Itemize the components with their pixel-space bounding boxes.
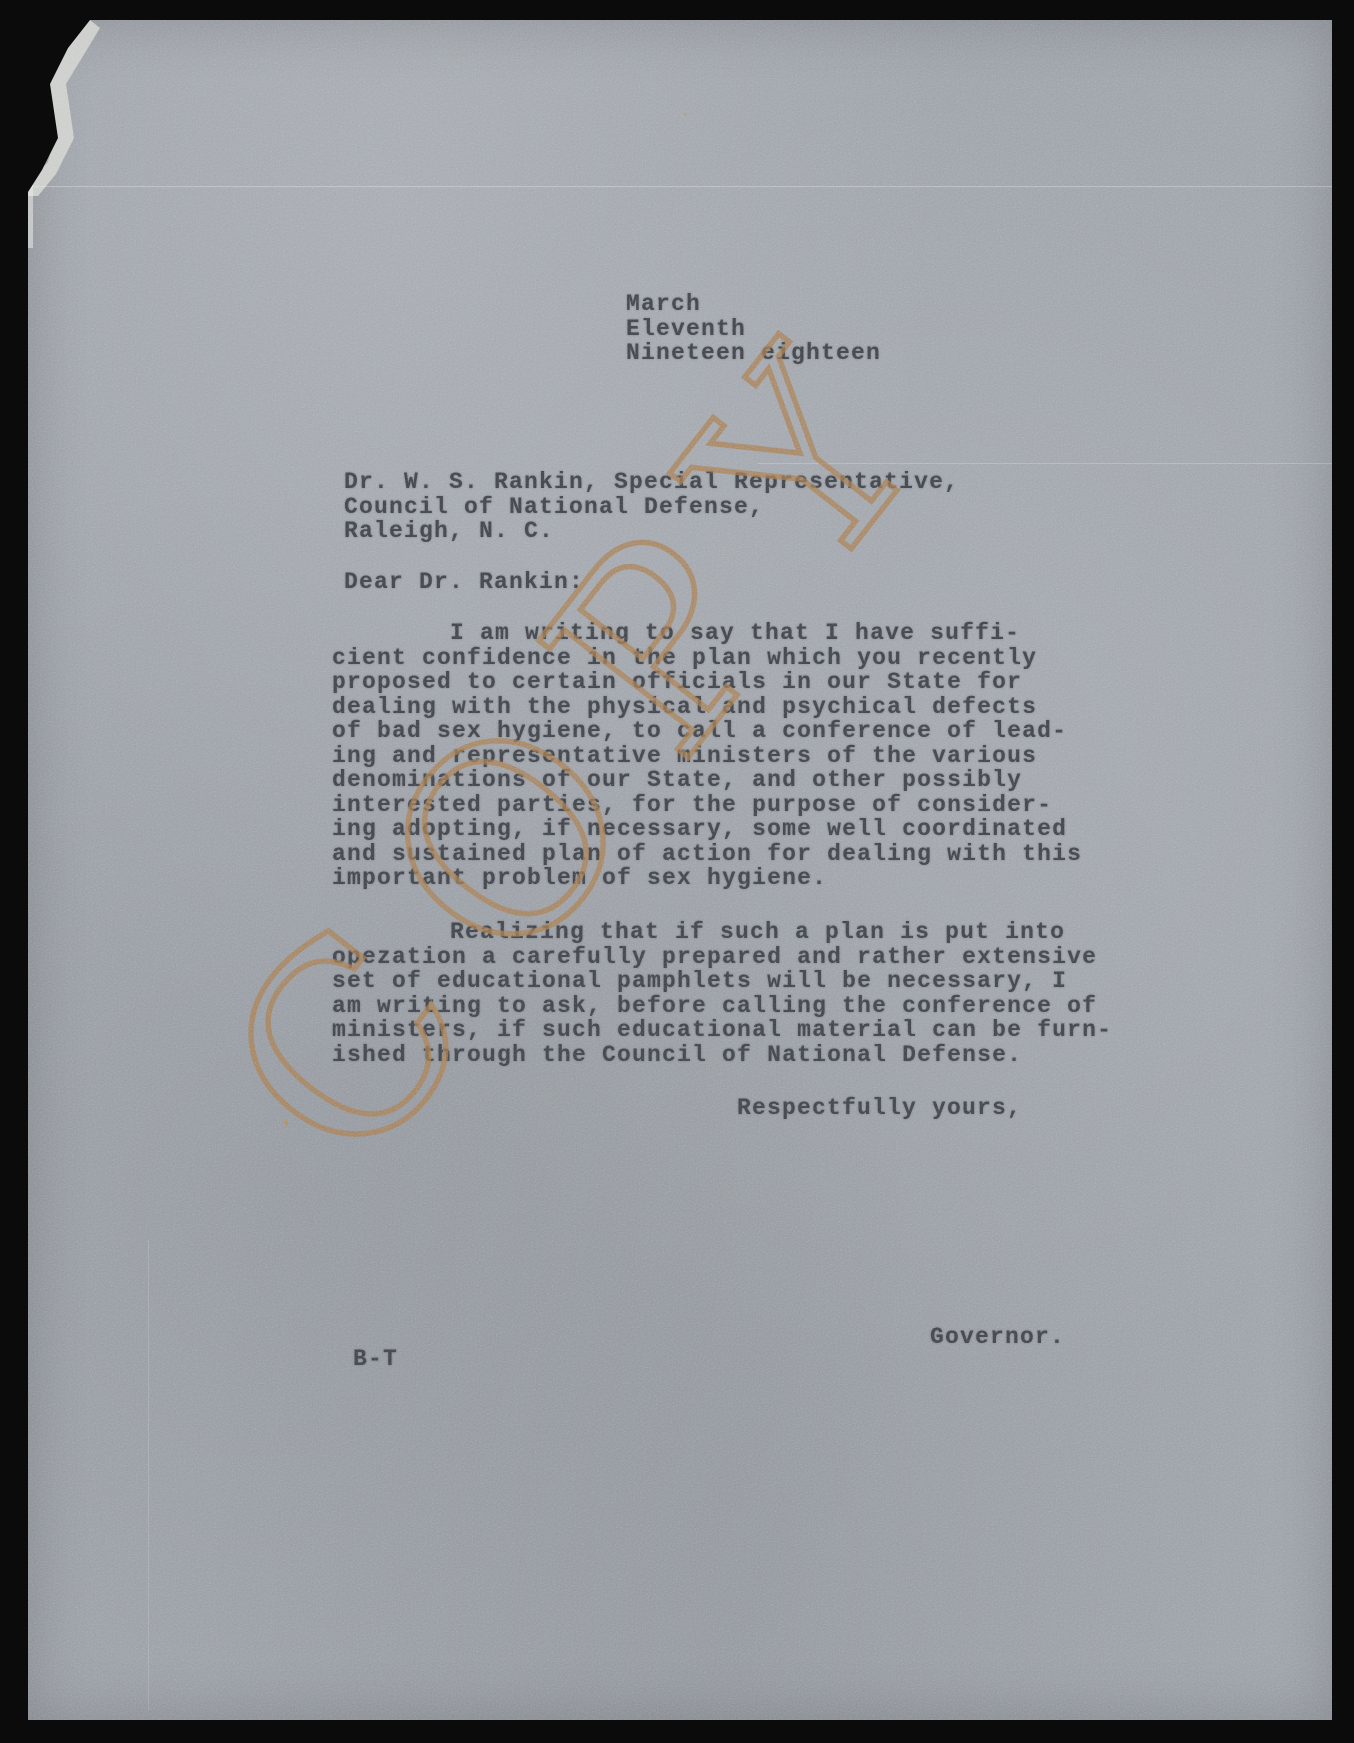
body-paragraph-1: I am writing to say that I have suffi- c… (332, 621, 1082, 891)
letter-page: March Eleventh Nineteen eighteen Dr. W. … (28, 20, 1332, 1720)
ink-fleck (284, 1120, 288, 1126)
salutation: Dear Dr. Rankin: (344, 570, 584, 595)
closing-line: Respectfully yours, (737, 1096, 1022, 1121)
recipient-address: Dr. W. S. Rankin, Special Representative… (344, 470, 959, 544)
fold-line-vertical-bottom (148, 1240, 149, 1710)
date-block: March Eleventh Nineteen eighteen (626, 292, 881, 366)
fold-line-horizontal-right (758, 463, 1332, 464)
ink-fleck (684, 113, 687, 116)
torn-edge-sliver (28, 138, 33, 248)
signature-title: Governor. (930, 1325, 1065, 1350)
torn-corner-top-left (28, 20, 108, 200)
fold-line-horizontal-top (28, 186, 1332, 187)
scanned-letter-background: March Eleventh Nineteen eighteen Dr. W. … (0, 0, 1354, 1743)
typist-initials: B-T (353, 1347, 398, 1372)
body-paragraph-2: Realizing that if such a plan is put int… (332, 920, 1112, 1067)
